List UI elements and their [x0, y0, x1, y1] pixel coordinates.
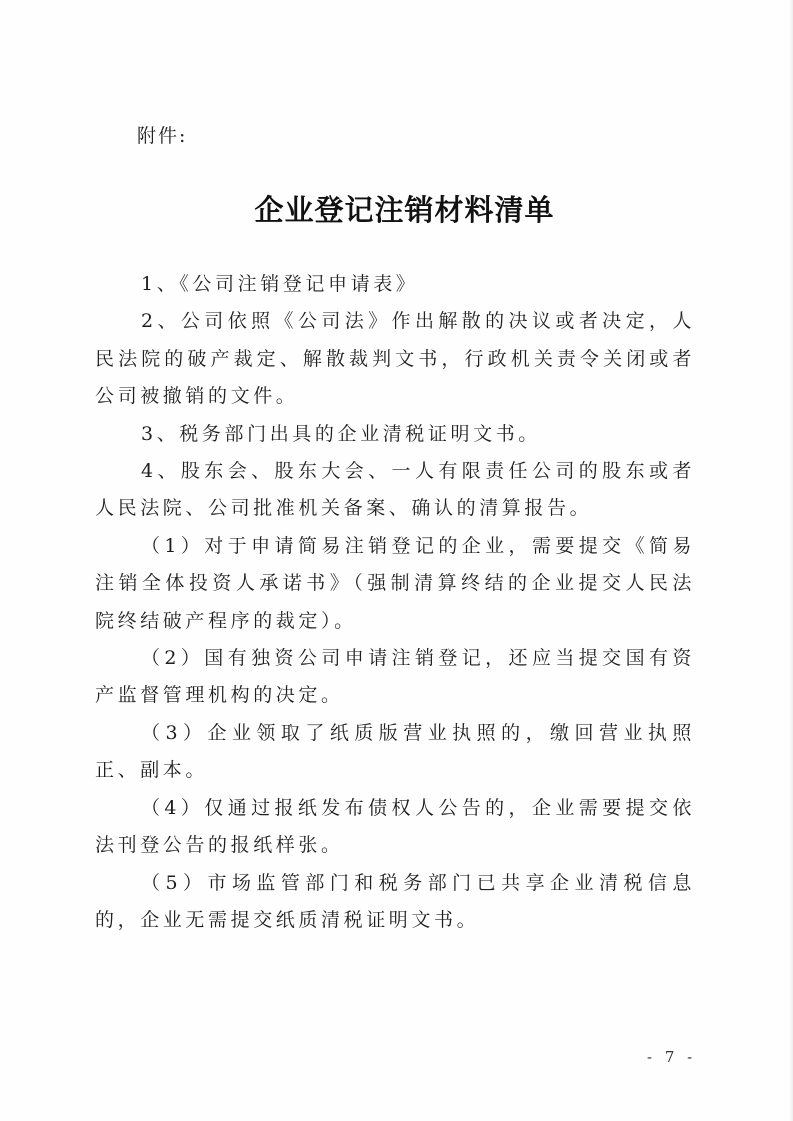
document-title: 企业登记注销材料清单 [0, 188, 793, 229]
scan-edge-divider [789, 0, 793, 1121]
sub-item-2: （2）国有独资公司申请注销登记，还应当提交国有资产监督管理机构的决定。 [95, 640, 695, 715]
sub-item-5: （5）市场监管部门和税务部门已共享企业清税信息的，企业无需提交纸质清税证明文书。 [95, 865, 695, 940]
sub-item-1: （1）对于申请简易注销登记的企业，需要提交《简易注销全体投资人承诺书》（强制清算… [95, 528, 695, 640]
attachment-label: 附件: [137, 121, 187, 148]
document-body: 1、《公司注销登记申请表》 2、公司依照《公司法》作出解散的决议或者决定，人民法… [95, 266, 695, 939]
sub-item-3: （3）企业领取了纸质版营业执照的，缴回营业执照正、副本。 [95, 715, 695, 790]
list-item-1: 1、《公司注销登记申请表》 [95, 266, 695, 303]
sub-item-4: （4）仅通过报纸发布债权人公告的，企业需要提交依法刊登公告的报纸样张。 [95, 790, 695, 865]
page-number: - 7 - [647, 1048, 696, 1066]
list-item-4: 4、股东会、股东大会、一人有限责任公司的股东或者人民法院、公司批准机关备案、确认… [95, 453, 695, 528]
list-item-2: 2、公司依照《公司法》作出解散的决议或者决定，人民法院的破产裁定、解散裁判文书，… [95, 303, 695, 415]
document-page: 附件: 企业登记注销材料清单 1、《公司注销登记申请表》 2、公司依照《公司法》… [0, 0, 793, 1121]
list-item-3: 3、税务部门出具的企业清税证明文书。 [95, 416, 695, 453]
